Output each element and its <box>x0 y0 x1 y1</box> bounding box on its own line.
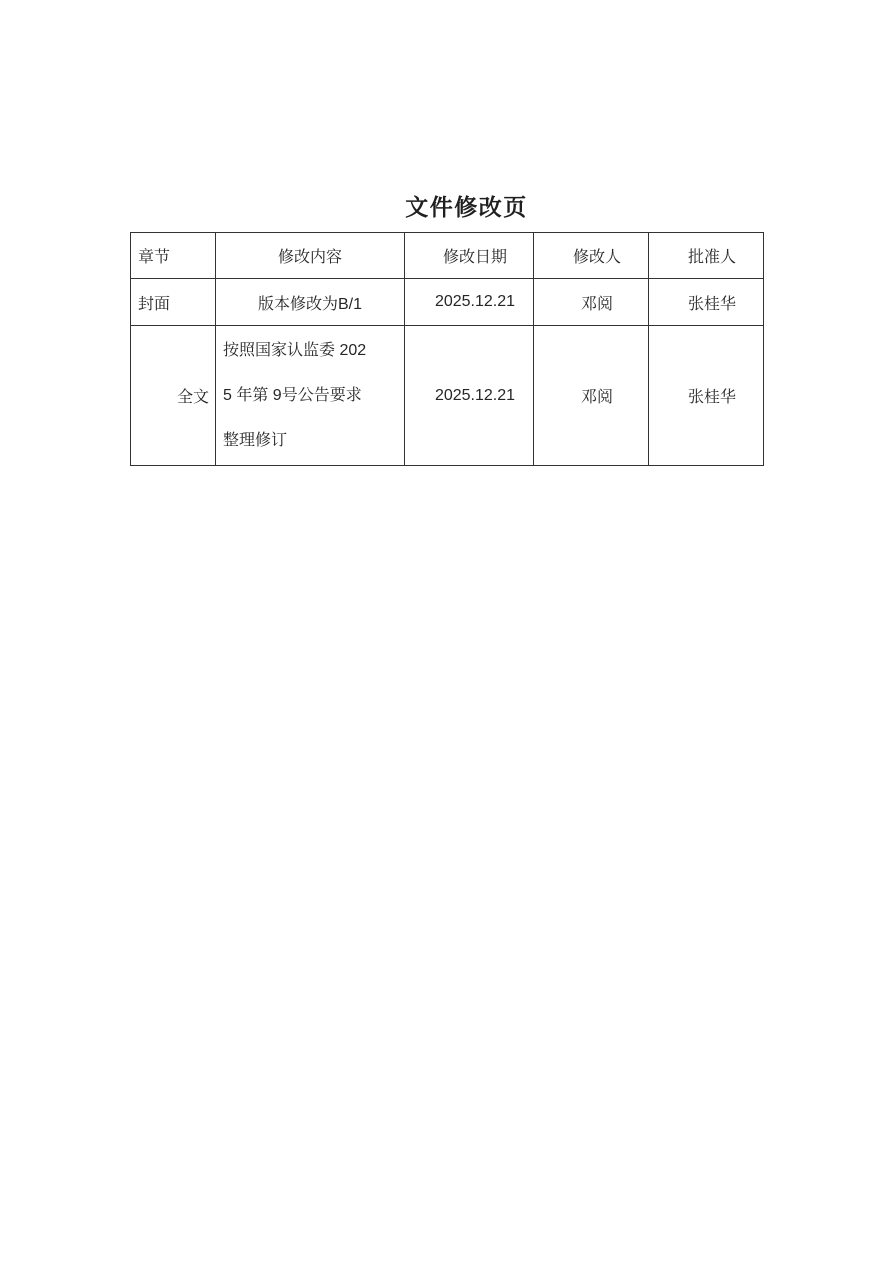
content-line: 按照国家认监委 202 <box>223 328 400 373</box>
cell-approver: 张桂华 <box>649 326 764 466</box>
content-line: 5 年第 9号公告要求 <box>223 373 400 418</box>
cell-section: 封面 <box>131 279 216 326</box>
table-row: 封面 版本修改为B/1 2025.12.21 邓阅 张桂华 <box>131 279 764 326</box>
col-header-date: 修改日期 <box>405 233 534 279</box>
col-header-content: 修改内容 <box>216 233 405 279</box>
col-header-approver: 批准人 <box>649 233 764 279</box>
cell-reviser: 邓阅 <box>534 279 649 326</box>
cell-content: 版本修改为B/1 <box>216 279 405 326</box>
content-line: 整理修订 <box>223 418 400 463</box>
cell-reviser: 邓阅 <box>534 326 649 466</box>
table-row: 全文 按照国家认监委 202 5 年第 9号公告要求 整理修订 2025.12.… <box>131 326 764 466</box>
document-page: 文件修改页 章节 修改内容 修改日期 修改人 批准人 封面 版本修改为B/1 2… <box>0 0 892 1262</box>
col-header-section: 章节 <box>131 233 216 279</box>
table-header-row: 章节 修改内容 修改日期 修改人 批准人 <box>131 233 764 279</box>
page-title: 文件修改页 <box>130 189 803 222</box>
cell-date: 2025.12.21 <box>405 279 534 326</box>
col-header-reviser: 修改人 <box>534 233 649 279</box>
cell-approver: 张桂华 <box>649 279 764 326</box>
revision-table: 章节 修改内容 修改日期 修改人 批准人 封面 版本修改为B/1 2025.12… <box>130 232 764 466</box>
cell-section: 全文 <box>131 326 216 466</box>
cell-content: 按照国家认监委 202 5 年第 9号公告要求 整理修订 <box>216 326 405 466</box>
cell-date: 2025.12.21 <box>405 326 534 466</box>
